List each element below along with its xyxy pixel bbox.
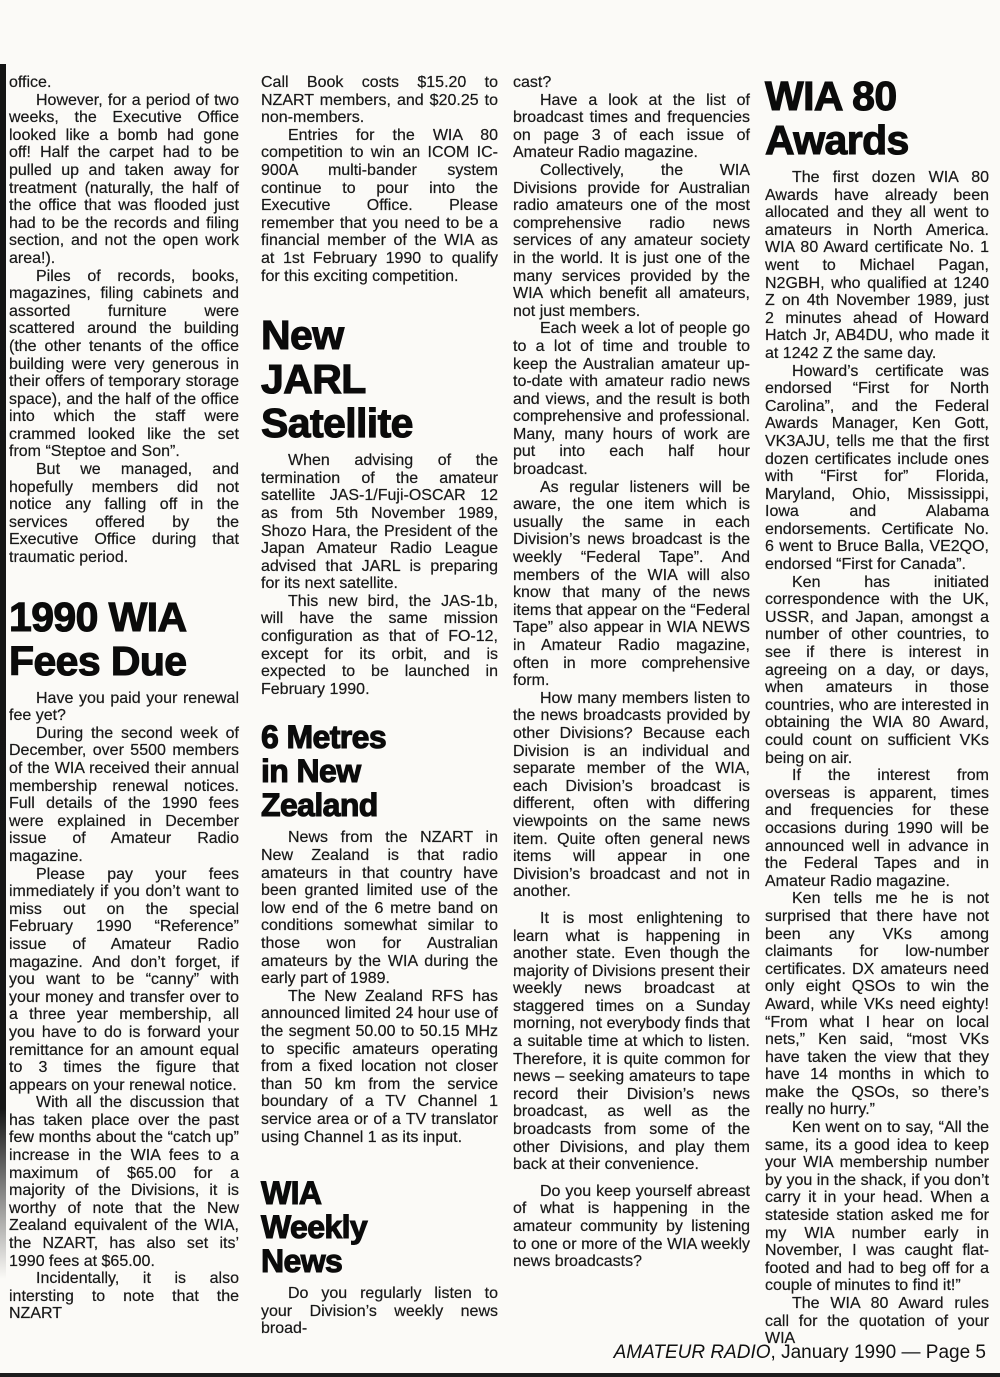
paragraph: Do you keep yourself abreast of what is … [513, 1183, 750, 1271]
paragraph: Ken tells me he is not surprised that th… [765, 890, 989, 1119]
heading-line: Fees Due [9, 639, 239, 683]
scan-edge-left [0, 64, 6, 1279]
heading-line: in New [261, 754, 498, 788]
heading-line: WIA [261, 1176, 498, 1210]
heading-line: Zealand [261, 788, 498, 822]
paragraph: This new bird, the JAS-1b, will have the… [261, 593, 498, 699]
paragraph: Do you regularly listen to your Division… [261, 1285, 498, 1338]
heading-line: New [261, 313, 498, 357]
paragraph: The first dozen WIA 80 Awards have alrea… [765, 169, 989, 363]
paragraph: When advising of the termination of the … [261, 452, 498, 593]
heading-line: News [261, 1244, 498, 1278]
paragraph: Have a look at the list of broadcast tim… [513, 92, 750, 162]
paragraph: If the interest from overseas is apparen… [765, 767, 989, 890]
paragraph: cast? [513, 74, 750, 92]
paragraph: During the second week of December, over… [9, 725, 239, 866]
paragraph: office. [9, 74, 239, 92]
paragraph: Howard’s certificate was endorsed “First… [765, 363, 989, 574]
section-heading: WIA 80Awards [765, 74, 989, 162]
paragraph: Collectively, the WIA Divisions provide … [513, 162, 750, 320]
section-heading: NewJARLSatellite [261, 313, 498, 445]
section-heading: 1990 WIAFees Due [9, 595, 239, 683]
paragraph: It is most enlightening to learn what is… [513, 910, 750, 1174]
paragraph: Ken went on to say, “All the same, its a… [765, 1119, 989, 1295]
page-footer: AMATEUR RADIO, January 1990 — Page 5 [614, 1342, 986, 1364]
paragraph: The New Zealand RFS has announced limite… [261, 988, 498, 1146]
paragraph: Each week a lot of people go to a lot of… [513, 320, 750, 478]
heading-line: 6 Metres [261, 720, 498, 754]
section-heading: WIAWeeklyNews [261, 1176, 498, 1278]
paragraph: Incidentally, it is also intersting to n… [9, 1270, 239, 1323]
section-heading: 6 Metresin NewZealand [261, 720, 498, 822]
footer-magazine-title: AMATEUR RADIO [614, 1342, 771, 1363]
column-4: WIA 80AwardsThe first dozen WIA 80 Award… [765, 74, 989, 1348]
paragraph: Ken has initiated correspondence with th… [765, 574, 989, 768]
column-3: cast?Have a look at the list of broadcas… [513, 74, 750, 1271]
paragraph: How many members listen to the news broa… [513, 690, 750, 901]
paragraph: But we managed, and hopefully members di… [9, 461, 239, 567]
heading-line: Weekly [261, 1210, 498, 1244]
magazine-page: office.However, for a period of two week… [0, 0, 1000, 1377]
column-2: Call Book costs $15.20 to NZART members,… [261, 74, 498, 1338]
paragraph: However, for a period of two weeks, the … [9, 92, 239, 268]
footer-issue-page: , January 1990 — Page 5 [771, 1342, 986, 1363]
paragraph: As regular listeners will be aware, the … [513, 479, 750, 690]
column-1: office.However, for a period of two week… [9, 74, 239, 1323]
heading-line: JARL [261, 357, 498, 401]
paragraph: Have you paid your renewal fee yet? [9, 690, 239, 725]
paragraph: Piles of records, books, magazines, fili… [9, 268, 239, 462]
paragraph: The WIA 80 Award rules call for the quot… [765, 1295, 989, 1348]
heading-line: 1990 WIA [9, 595, 239, 639]
heading-line: Awards [765, 118, 989, 162]
paragraph: With all the discussion that has taken p… [9, 1094, 239, 1270]
paragraph: Entries for the WIA 80 competition to wi… [261, 127, 498, 285]
paragraph: News from the NZART in New Zealand is th… [261, 829, 498, 987]
heading-line: WIA 80 [765, 74, 989, 118]
paragraph: Call Book costs $15.20 to NZART members,… [261, 74, 498, 127]
scan-edge-bottom [0, 1373, 1000, 1377]
paragraph: Please pay your fees immediately if you … [9, 866, 239, 1095]
heading-line: Satellite [261, 401, 498, 445]
